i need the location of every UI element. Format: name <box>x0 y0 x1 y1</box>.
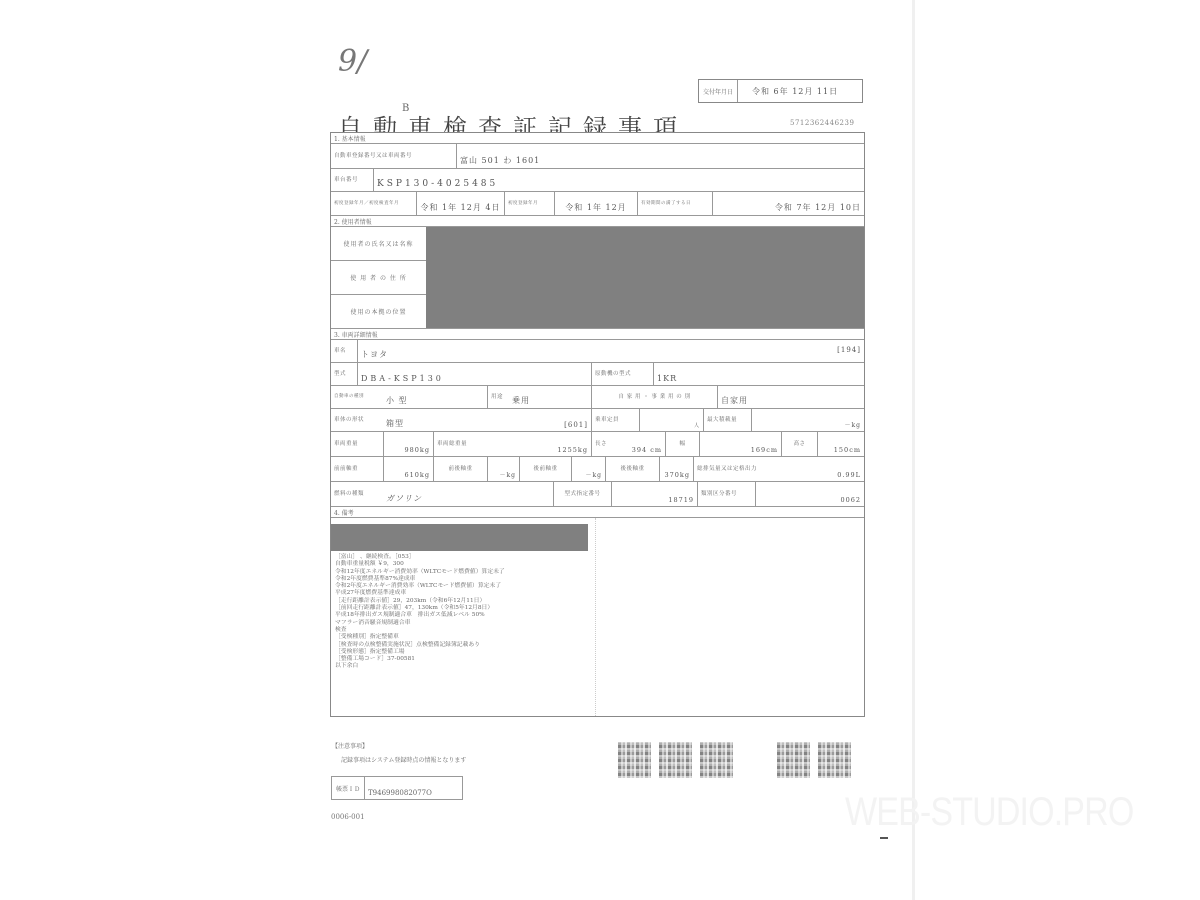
fuel-type-label: 燃料の種類 <box>331 482 383 506</box>
rear-front-axle-value: －kg <box>571 457 605 481</box>
remarks-area: ［富山］ 、継続検査。［053］自動車重量税額 ￥9，300令和12年度エネルギ… <box>331 517 864 716</box>
rear-front-axle-label: 後前軸重 <box>519 457 571 481</box>
section-user-heading: 2. 使用者情報 <box>331 215 864 226</box>
front-rear-axle-label: 前後軸重 <box>433 457 487 481</box>
vehicle-category-value: 小 型 <box>383 386 487 408</box>
gross-weight-value: 1255kg <box>481 432 591 456</box>
engine-model-value: 1KR <box>653 363 864 385</box>
capacity-label: 乗車定員 <box>591 409 639 431</box>
category-number-label: 類別区分番号 <box>697 482 755 506</box>
use-value: 乗用 <box>509 386 591 408</box>
purpose-label: 自 家 用 ・ 事 業 用 の 別 <box>591 386 717 408</box>
remarks-line: ［受検種別］指定整備車 <box>335 634 505 641</box>
capacity-value: 人 <box>639 409 703 431</box>
remarks-line: 以下余白 <box>335 663 505 670</box>
notes-heading: 【注意事項】 <box>332 741 368 750</box>
engine-model-label: 原動機の型式 <box>591 363 653 385</box>
front-rear-axle-value: －kg <box>487 457 519 481</box>
model-value: DBA-KSP130 <box>357 363 591 385</box>
redacted-user-info <box>426 227 864 328</box>
rear-rear-axle-value: 370kg <box>659 457 693 481</box>
width-label: 幅 <box>665 432 699 456</box>
body-shape-code: [601] <box>547 409 591 431</box>
length-value: 394 cm <box>617 432 665 456</box>
remarks-line: ［検査時の点検整備実施状況］点検整備記録簿記載あり <box>335 642 505 649</box>
max-load-value: －kg <box>751 409 864 431</box>
form-id-box: 帳票ＩＤ T946998082077O <box>331 776 463 800</box>
remarks-line: 自動車重量税額 ￥9，300 <box>335 561 505 568</box>
scan-mark <box>880 837 888 839</box>
body-shape-label: 車体の形状 <box>331 409 383 431</box>
form-id-label: 帳票ＩＤ <box>332 777 365 799</box>
qr-code-icon <box>818 742 851 778</box>
issue-date-box: 交付年月日 令和 6年 12月 11日 <box>698 79 863 103</box>
registration-label: 自動車登録番号又は車両番号 <box>331 144 456 168</box>
weight-label: 車両重量 <box>331 432 383 456</box>
maker-label: 車名 <box>331 340 357 362</box>
expiry-label: 有効期間の満了する日 <box>637 192 712 215</box>
expiry-value: 令和 7年 12月 10日 <box>712 192 864 215</box>
first-registration-month-value: 令和 1年 12月 <box>554 192 637 215</box>
remarks-line: 令和12年度エネルギー消費効率（WLTCモード燃費値）算定未了 <box>335 569 505 576</box>
issue-date-value: 令和 6年 12月 11日 <box>738 86 838 97</box>
remarks-lines: ［富山］ 、継続検査。［053］自動車重量税額 ￥9，300令和12年度エネルギ… <box>335 554 505 671</box>
displacement-value: 0.99L <box>791 457 864 481</box>
purpose-value: 自家用 <box>717 386 864 408</box>
type-designation-label: 型式指定番号 <box>553 482 611 506</box>
qr-code-icon <box>700 742 733 778</box>
section-basic-heading: 1. 基本情報 <box>331 133 864 143</box>
form-code: 0006-001 <box>331 813 365 821</box>
displacement-label: 総排気量又は定格出力 <box>693 457 791 481</box>
remarks-line: 平成18年排出ガス規制適合車 排出ガス低減レベル 50% <box>335 612 505 619</box>
gross-weight-label: 車両総重量 <box>433 432 481 456</box>
remarks-line: マフラー消音騒音規制適合車 <box>335 620 505 627</box>
issue-date-label: 交付年月日 <box>699 80 738 102</box>
fuel-type-value: ガソリン <box>383 482 553 506</box>
form-id-value: T946998082077O <box>365 789 432 799</box>
first-registration-label: 初度登録年月／初度検査年月 <box>331 192 416 215</box>
remarks-line: ［整備工場コード］37-00581 <box>335 656 505 663</box>
qr-code-icon <box>777 742 810 778</box>
chassis-label: 車台番号 <box>331 169 373 191</box>
rear-rear-axle-label: 後後軸重 <box>605 457 659 481</box>
first-registration-value: 令和 1年 12月 4日 <box>416 192 504 215</box>
max-load-label: 最大積載量 <box>703 409 751 431</box>
weight-value: 980kg <box>383 432 433 456</box>
base-location-label: 使用の本拠の位置 <box>331 295 426 328</box>
remarks-line: 平成27年度燃費基準達成車 <box>335 590 505 597</box>
height-value: 150cm <box>817 432 864 456</box>
remarks-line: ［走行距離計表示値］29，203km（令和6年12月11日） <box>335 598 505 605</box>
body-shape-value: 箱型 <box>383 409 547 431</box>
handwritten-mark: 9/ <box>338 44 367 79</box>
width-value: 169cm <box>699 432 781 456</box>
height-label: 高さ <box>781 432 817 456</box>
notes-text: 記録事項はシステム登録時点の情報となります <box>341 755 466 764</box>
qr-code-icon <box>659 742 692 778</box>
registration-value: 富山 501 わ 1601 <box>456 144 864 168</box>
length-label: 長さ <box>591 432 617 456</box>
certificate-form: 1. 基本情報 自動車登録番号又は車両番号 富山 501 わ 1601 車台番号… <box>330 132 865 717</box>
redacted-remarks <box>331 524 588 551</box>
use-label: 用途 <box>487 386 509 408</box>
user-name-label: 使用者の氏名又は名称 <box>331 227 426 261</box>
category-number-value: 0062 <box>755 482 864 506</box>
first-registration-month-label: 初度登録年月 <box>504 192 554 215</box>
front-front-axle-label: 前前軸重 <box>331 457 383 481</box>
vehicle-category-label: 自動車の種別 <box>331 386 383 408</box>
section-remarks-heading: 4. 備考 <box>331 506 864 517</box>
type-designation-value: 18719 <box>611 482 697 506</box>
certificate-number: 5712362446239 <box>790 119 854 127</box>
qr-code-icon <box>618 742 651 778</box>
maker-code: [194] <box>824 340 864 362</box>
chassis-value: KSP130-4025485 <box>373 169 864 191</box>
page-edge-divider <box>912 0 915 900</box>
user-address-label: 使 用 者 の 住 所 <box>331 261 426 295</box>
model-label: 型式 <box>331 363 357 385</box>
front-front-axle-value: 610kg <box>383 457 433 481</box>
section-vehicle-heading: 3. 車両詳細情報 <box>331 328 864 339</box>
watermark: WEB-STUDIO.PRO <box>845 790 1133 835</box>
maker-value: トヨタ <box>357 340 824 362</box>
